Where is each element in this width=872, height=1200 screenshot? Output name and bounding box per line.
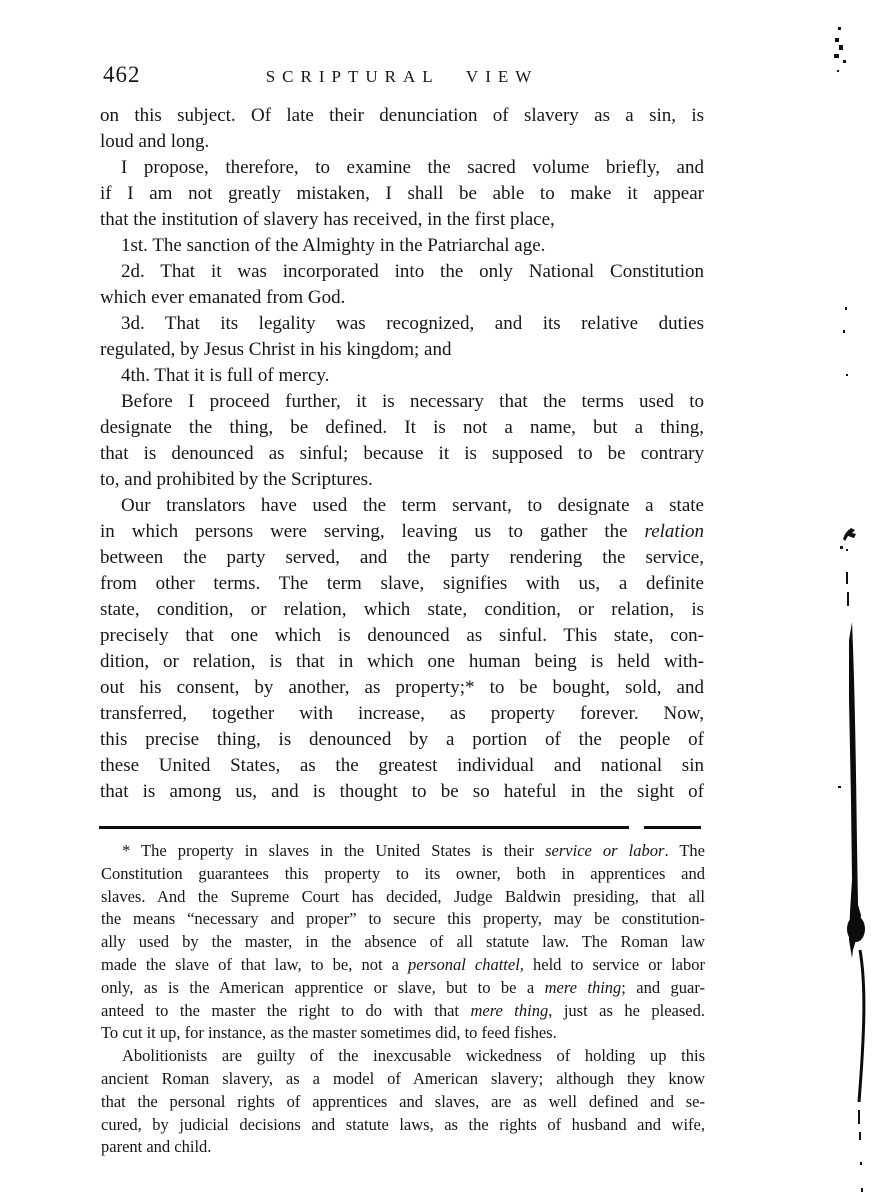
- text-line: I propose, therefore, to examine the sac…: [100, 155, 704, 181]
- text-line: Constitution guarantees this property to…: [101, 863, 705, 886]
- text-line: ally used by the master, in the absence …: [101, 931, 705, 954]
- text-line: Our translators have used the term serva…: [100, 493, 704, 519]
- text-line: on this subject. Of late their denunciat…: [100, 103, 704, 129]
- paragraph: Before I proceed further, it is necessar…: [100, 389, 704, 493]
- running-title: SCRIPTURAL VIEW: [100, 67, 704, 87]
- scanned-book-page: { "colors": { "paper": "#ffffff", "ink":…: [0, 0, 872, 1200]
- text-line: 3d. That its legality was recognized, an…: [100, 311, 704, 337]
- paragraph: * The property in slaves in the United S…: [101, 840, 705, 1045]
- paragraph: on this subject. Of late their denunciat…: [100, 103, 704, 155]
- text-line: Abolitionists are guilty of the inexcusa…: [101, 1045, 705, 1068]
- text-line: between the party served, and the party …: [100, 545, 704, 571]
- text-line: 4th. That it is full of mercy.: [100, 363, 704, 389]
- text-line: 1st. The sanction of the Almighty in the…: [100, 233, 704, 259]
- text-line: dition, or relation, is that in which on…: [100, 649, 704, 675]
- text-line: in which persons were serving, leaving u…: [100, 519, 704, 545]
- text-line: if I am not greatly mistaken, I shall be…: [100, 181, 704, 207]
- paragraph: 2d. That it was incorporated into the on…: [100, 259, 704, 311]
- paragraph: Abolitionists are guilty of the inexcusa…: [101, 1045, 705, 1159]
- text-line: regulated, by Jesus Christ in his kingdo…: [100, 337, 704, 363]
- text-line: from other terms. The term slave, signif…: [100, 571, 704, 597]
- text-line: * The property in slaves in the United S…: [101, 840, 705, 863]
- text-line: anteed to the master the right to do wit…: [101, 1000, 705, 1023]
- text-line: out his consent, by another, as property…: [100, 675, 704, 701]
- text-line: slaves. And the Supreme Court has decide…: [101, 886, 705, 909]
- text-line: parent and child.: [101, 1136, 705, 1159]
- text-line: the means “necessary and proper” to secu…: [101, 908, 705, 931]
- paragraph: I propose, therefore, to examine the sac…: [100, 155, 704, 233]
- text-line: this precise thing, is denounced by a po…: [100, 727, 704, 753]
- footnote-divider-rule: [99, 826, 701, 829]
- text-line: these United States, as the greatest ind…: [100, 753, 704, 779]
- paragraph: 4th. That it is full of mercy.: [100, 363, 704, 389]
- text-line: only, as is the American apprentice or s…: [101, 977, 705, 1000]
- paragraph: Our translators have used the term serva…: [100, 493, 704, 805]
- text-line: made the slave of that law, to be, not a…: [101, 954, 705, 977]
- text-line: state, condition, or relation, which sta…: [100, 597, 704, 623]
- paragraph: 1st. The sanction of the Almighty in the…: [100, 233, 704, 259]
- text-line: ancient Roman slavery, as a model of Ame…: [101, 1068, 705, 1091]
- text-line: 2d. That it was incorporated into the on…: [100, 259, 704, 285]
- text-line: cured, by judicial decisions and statute…: [101, 1114, 705, 1137]
- text-line: loud and long.: [100, 129, 704, 155]
- text-line: that is denounced as sinful; because it …: [100, 441, 704, 467]
- text-line: designate the thing, be defined. It is n…: [100, 415, 704, 441]
- text-line: to, and prohibited by the Scriptures.: [100, 467, 704, 493]
- text-line: precisely that one which is denounced as…: [100, 623, 704, 649]
- text-line: that the institution of slavery has rece…: [100, 207, 704, 233]
- text-line: To cut it up, for instance, as the maste…: [101, 1022, 705, 1045]
- text-line: transferred, together with increase, as …: [100, 701, 704, 727]
- text-line: which ever emanated from God.: [100, 285, 704, 311]
- body-text: on this subject. Of late their denunciat…: [100, 103, 704, 805]
- text-line: Before I proceed further, it is necessar…: [100, 389, 704, 415]
- text-line: that is among us, and is thought to be s…: [100, 779, 704, 805]
- footnote-text: * The property in slaves in the United S…: [101, 840, 705, 1159]
- text-line: that the personal rights of apprentices …: [101, 1091, 705, 1114]
- paragraph: 3d. That its legality was recognized, an…: [100, 311, 704, 363]
